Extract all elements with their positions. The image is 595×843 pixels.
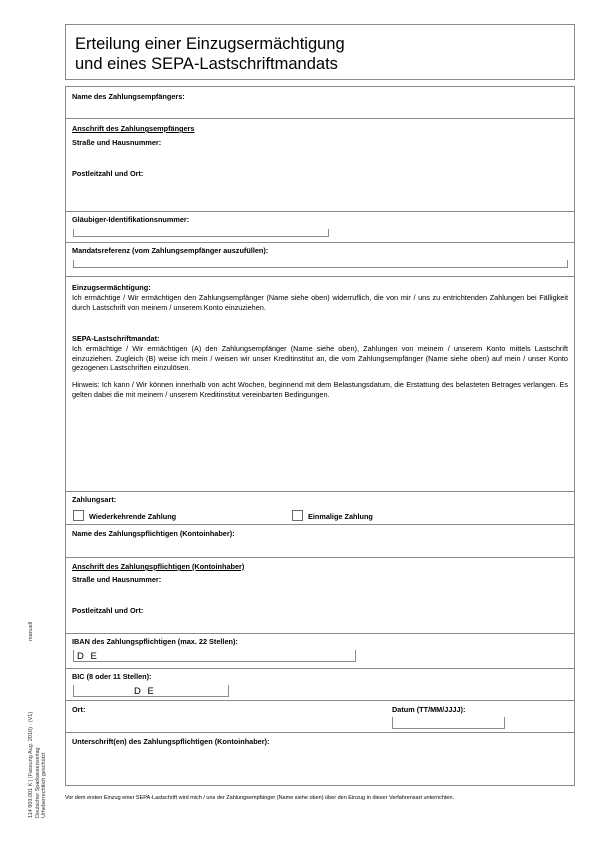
payer-zip-city-label: Postleitzahl und Ort:	[72, 606, 143, 615]
recurring-payment-checkbox[interactable]	[73, 510, 84, 521]
mandate-form: Name des Zahlungsempfängers: Anschrift d…	[65, 86, 575, 786]
sepa-text: Ich ermächtige / Wir ermächtigen (A) den…	[72, 344, 568, 373]
date-field[interactable]	[392, 717, 505, 729]
creditor-id-field[interactable]	[73, 229, 329, 237]
signature-label: Unterschrift(en) des Zahlungspflichtigen…	[72, 737, 269, 746]
mandate-ref-section: Mandatsreferenz (vom Zahlungsempfänger a…	[66, 242, 574, 277]
payer-street-label: Straße und Hausnummer:	[72, 575, 161, 584]
mandate-ref-field[interactable]	[73, 260, 568, 268]
side-manual: manuell	[28, 622, 35, 641]
footer-notice: Vor dem ersten Einzug einer SEPA-Lastsch…	[65, 795, 454, 801]
sepa-note: Hinweis: Ich kann / Wir können innerhalb…	[72, 380, 568, 399]
payee-name-label: Name des Zahlungsempfängers:	[72, 92, 185, 101]
bic-section: BIC (8 oder 11 Stellen): D E	[66, 668, 574, 701]
side-imprint: 114 903.001 K | (Fassung Aug. 2010) · (V…	[28, 712, 48, 818]
payer-address-section: Anschrift des Zahlungspflichtigen (Konto…	[66, 557, 574, 634]
place-label[interactable]: Ort:	[72, 705, 85, 714]
form-title-box: Erteilung einer Einzugsermächtigung und …	[65, 24, 575, 80]
payee-name-section[interactable]: Name des Zahlungsempfängers:	[66, 87, 574, 118]
creditor-id-section: Gläubiger-Identifikationsnummer:	[66, 211, 574, 243]
copyright: Urheberrechtlich geschützt	[41, 712, 48, 818]
payee-address-heading: Anschrift des Zahlungsempfängers	[72, 124, 194, 133]
date-label: Datum (TT/MM/JJJJ):	[392, 705, 465, 714]
authorization-section: Einzugsermächtigung: Ich ermächtige / Wi…	[66, 276, 574, 492]
bic-field[interactable]: D E	[73, 685, 229, 697]
bic-value: D E	[134, 687, 156, 697]
title-line-1: Erteilung einer Einzugsermächtigung	[75, 34, 345, 54]
payment-type-section: Zahlungsart: Wiederkehrende Zahlung Einm…	[66, 491, 574, 525]
one-time-payment-label: Einmalige Zahlung	[308, 512, 373, 521]
payer-address-heading: Anschrift des Zahlungspflichtigen (Konto…	[72, 562, 244, 571]
payee-street-label: Straße und Hausnummer:	[72, 138, 161, 147]
creditor-id-label: Gläubiger-Identifikationsnummer:	[72, 215, 189, 224]
payee-zip-city-label: Postleitzahl und Ort:	[72, 169, 143, 178]
payer-name-label: Name des Zahlungspflichtigen (Kontoinhab…	[72, 529, 235, 538]
one-time-payment-checkbox[interactable]	[292, 510, 303, 521]
place-date-section: Ort: Datum (TT/MM/JJJJ):	[66, 700, 574, 733]
form-number: 114 903.001 K | (Fassung Aug. 2010) · (V…	[28, 712, 35, 818]
mandate-ref-label: Mandatsreferenz (vom Zahlungsempfänger a…	[72, 246, 268, 255]
bic-label: BIC (8 oder 11 Stellen):	[72, 672, 151, 681]
iban-label: IBAN des Zahlungspflichtigen (max. 22 St…	[72, 637, 238, 646]
payment-type-label: Zahlungsart:	[72, 495, 116, 504]
iban-section: IBAN des Zahlungspflichtigen (max. 22 St…	[66, 633, 574, 669]
signature-section[interactable]: Unterschrift(en) des Zahlungspflichtigen…	[66, 732, 574, 787]
authorization-heading: Einzugsermächtigung:	[72, 283, 151, 292]
title-line-2: und eines SEPA-Lastschriftmandats	[75, 54, 345, 74]
payer-name-section[interactable]: Name des Zahlungspflichtigen (Kontoinhab…	[66, 524, 574, 558]
iban-field[interactable]: D E	[73, 650, 356, 662]
form-title: Erteilung einer Einzugsermächtigung und …	[75, 34, 345, 74]
payee-address-section: Anschrift des Zahlungsempfängers Straße …	[66, 118, 574, 212]
sepa-heading: SEPA-Lastschriftmandat:	[72, 334, 159, 343]
authorization-text: Ich ermächtige / Wir ermächtigen den Zah…	[72, 293, 568, 312]
recurring-payment-label: Wiederkehrende Zahlung	[89, 512, 176, 521]
iban-prefix: D E	[77, 652, 99, 662]
